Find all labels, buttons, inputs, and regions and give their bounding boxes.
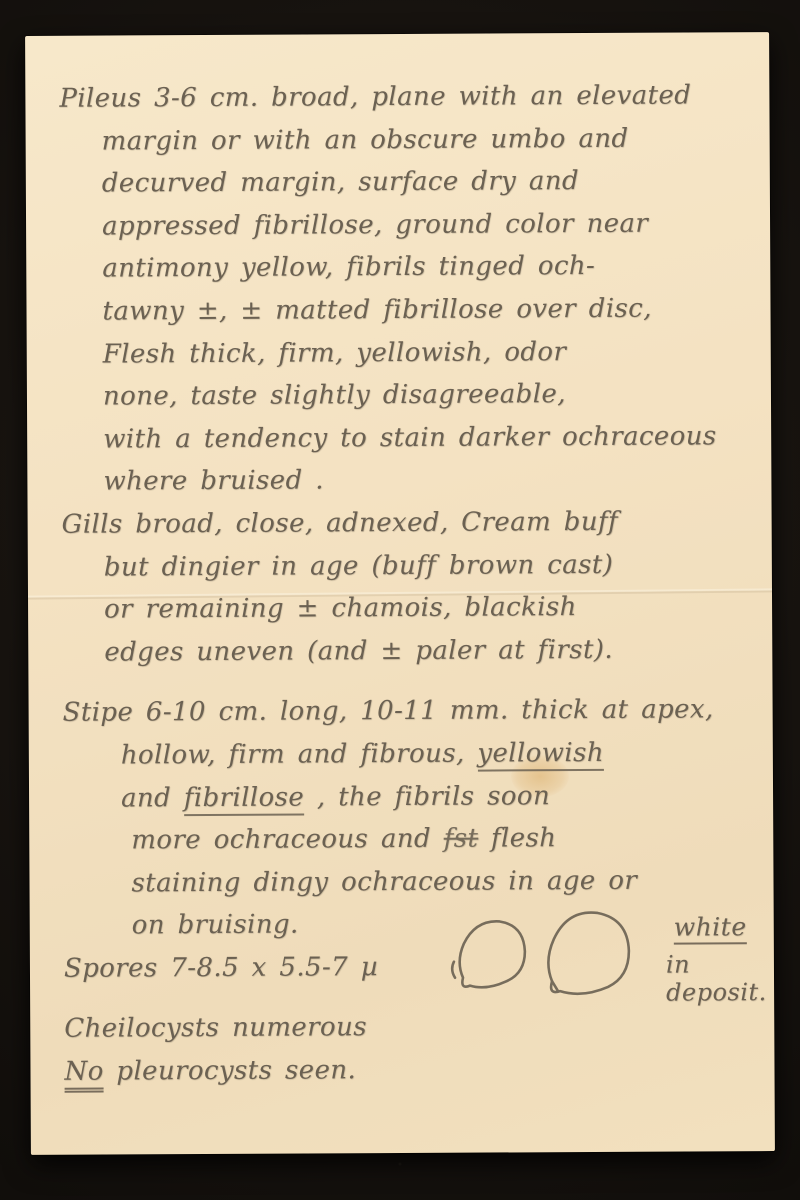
note-text-segment: where bruised .: [103, 466, 324, 497]
photo-background: Pileus 3-6 cm. broad, plane with an elev…: [0, 0, 800, 1200]
note-text-segment: decurved margin, surface dry and: [102, 166, 579, 198]
note-text-segment: yellowish: [477, 738, 604, 772]
note-line: where bruised .: [27, 457, 761, 503]
note-text-segment: appressed fibrillose, ground color near: [102, 208, 648, 241]
note-text-segment: with a tendency to stain darker ochraceo…: [103, 421, 717, 454]
note-text-segment: or remaining ± chamois, blackish: [104, 592, 577, 624]
note-text-segment: Pileus 3-6 cm. broad, plane with an elev…: [59, 80, 691, 113]
note-text-segment: margin or with an obscure umbo and: [102, 123, 629, 156]
note-line: margin or with an obscure umbo and: [26, 117, 760, 163]
note-text-segment: No: [64, 1057, 103, 1093]
note-line: Flesh thick, firm, yellowish, odor: [27, 330, 761, 376]
note-text-segment: pleurocysts seen.: [104, 1055, 357, 1086]
note-text-segment: more ochraceous and: [131, 824, 444, 856]
spore-drawing: [448, 895, 669, 1036]
note-paper: Pileus 3-6 cm. broad, plane with an elev…: [25, 32, 775, 1155]
note-text-segment: but dingier in age (buff brown cast): [104, 549, 614, 582]
spore-color-label: white: [674, 912, 747, 944]
note-text-segment: hollow, firm and fibrous,: [121, 739, 478, 771]
note-line: hollow, firm and fibrous, yellowish: [29, 731, 763, 777]
note-line: edges uneven (and ± paler at first).: [28, 628, 762, 674]
note-text-segment: Spores 7-8.5 x 5.5-7 µ: [64, 952, 378, 984]
note-text-segment: fst: [444, 824, 479, 854]
note-line: Stipe 6-10 cm. long, 10-11 mm. thick at …: [29, 688, 763, 734]
note-line: and fibrillose , the fibrils soon: [29, 774, 763, 820]
note-line: with a tendency to stain darker ochraceo…: [27, 415, 761, 461]
note-text-segment: , the fibrils soon: [304, 781, 550, 812]
note-text-segment: Flesh thick, firm, yellowish, odor: [103, 337, 567, 369]
note-text-segment: tawny ±, ± matted fibrillose over disc,: [102, 294, 652, 327]
note-line: Gills broad, close, adnexed, Cream buff: [28, 500, 762, 546]
note-line: or remaining ± chamois, blackish: [28, 585, 762, 631]
note-line: No pleurocysts seen.: [30, 1047, 764, 1093]
note-text-segment: fibrillose: [184, 782, 305, 816]
spore-sketch: white in deposit.: [448, 894, 779, 1036]
note-text-segment: staining dingy ochraceous in age or: [131, 865, 637, 898]
note-line: none, taste slightly disagreeable,: [27, 372, 761, 418]
note-text-segment: Stipe 6-10 cm. long, 10-11 mm. thick at …: [63, 695, 714, 728]
spore-deposit-label: in deposit.: [666, 950, 778, 1007]
note-line: antimony yellow, fibrils tinged och-: [26, 244, 760, 290]
note-text-segment: and: [121, 783, 184, 813]
note-text-segment: on bruising.: [132, 910, 299, 941]
note-line: more ochraceous and fst flesh: [29, 816, 763, 862]
note-line: appressed fibrillose, ground color near: [26, 202, 760, 248]
note-text-segment: Cheilocysts numerous: [64, 1013, 367, 1045]
note-line: Pileus 3-6 cm. broad, plane with an elev…: [25, 74, 759, 120]
spore-outline-icon: [459, 921, 525, 987]
note-line: tawny ±, ± matted fibrillose over disc,: [26, 287, 760, 333]
note-line: decurved margin, surface dry and: [26, 159, 760, 205]
apiculus-mark-icon: [452, 962, 455, 978]
note-text-segment: Gills broad, close, adnexed, Cream buff: [62, 507, 619, 540]
note-text-segment: antimony yellow, fibrils tinged och-: [102, 251, 595, 284]
note-text-segment: flesh: [478, 823, 556, 853]
note-text-segment: none, taste slightly disagreeable,: [103, 379, 566, 411]
note-line: but dingier in age (buff brown cast): [28, 543, 762, 589]
note-text-segment: edges uneven (and ± paler at first).: [104, 635, 613, 668]
spore-outline-icon: [548, 912, 629, 994]
